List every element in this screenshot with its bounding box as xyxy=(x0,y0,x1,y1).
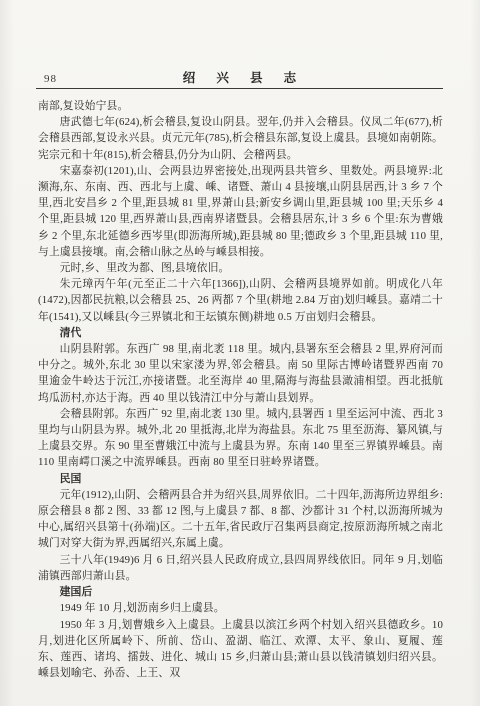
section-heading: 民国 xyxy=(38,471,443,487)
paragraph: 1950 年 3 月,划曹娥乡入上虞县。上虞县以滨江乡两个村划入绍兴县德政乡。1… xyxy=(38,617,443,682)
paragraph: 宋嘉泰初(1201),山、会两县边界密接处,出现两县共管乡、里数处。两县境界:北… xyxy=(38,163,443,260)
page-header: 98 绍 兴 县 志 xyxy=(36,0,443,89)
section-heading: 建国后 xyxy=(38,584,443,600)
paragraph: 山阴县附郭。东西广 98 里,南北袤 118 里。城内,县署东至会稽县 2 里,… xyxy=(38,341,443,406)
scanned-page: 98 绍 兴 县 志 南部,复设始宁县。唐武德七年(624),析会稽县,复设山阴… xyxy=(0,0,480,706)
paragraph: 元时,乡、里改为都、图,县境依旧。 xyxy=(38,260,443,276)
paragraph: 朱元璋丙午年(元至正二十六年[1366]),山阴、会稽两县境界如前。明成化八年(… xyxy=(38,276,443,325)
paragraph: 南部,复设始宁县。 xyxy=(38,98,443,114)
paragraph: 三十八年(1949)6 月 6 日,绍兴县人民政府成立,县四周界线依旧。同年 9… xyxy=(38,552,443,584)
paragraph: 唐武德七年(624),析会稽县,复设山阴县。翌年,仍并入会稽县。仪凤二年(677… xyxy=(38,114,443,163)
paragraph: 会稽县附郭。东西广 92 里,南北袤 130 里。城内,县署西 1 里至运河中流… xyxy=(38,406,443,471)
section-heading: 清代 xyxy=(38,325,443,341)
running-title: 绍 兴 县 志 xyxy=(36,68,443,86)
paragraph: 元年(1912),山阴、会稽两县合并为绍兴县,周界依旧。二十四年,沥海所边界组乡… xyxy=(38,487,443,552)
paragraph: 1949 年 10 月,划沥南乡归上虞县。 xyxy=(38,600,443,616)
page-body: 南部,复设始宁县。唐武德七年(624),析会稽县,复设山阴县。翌年,仍并入会稽县… xyxy=(38,98,443,681)
